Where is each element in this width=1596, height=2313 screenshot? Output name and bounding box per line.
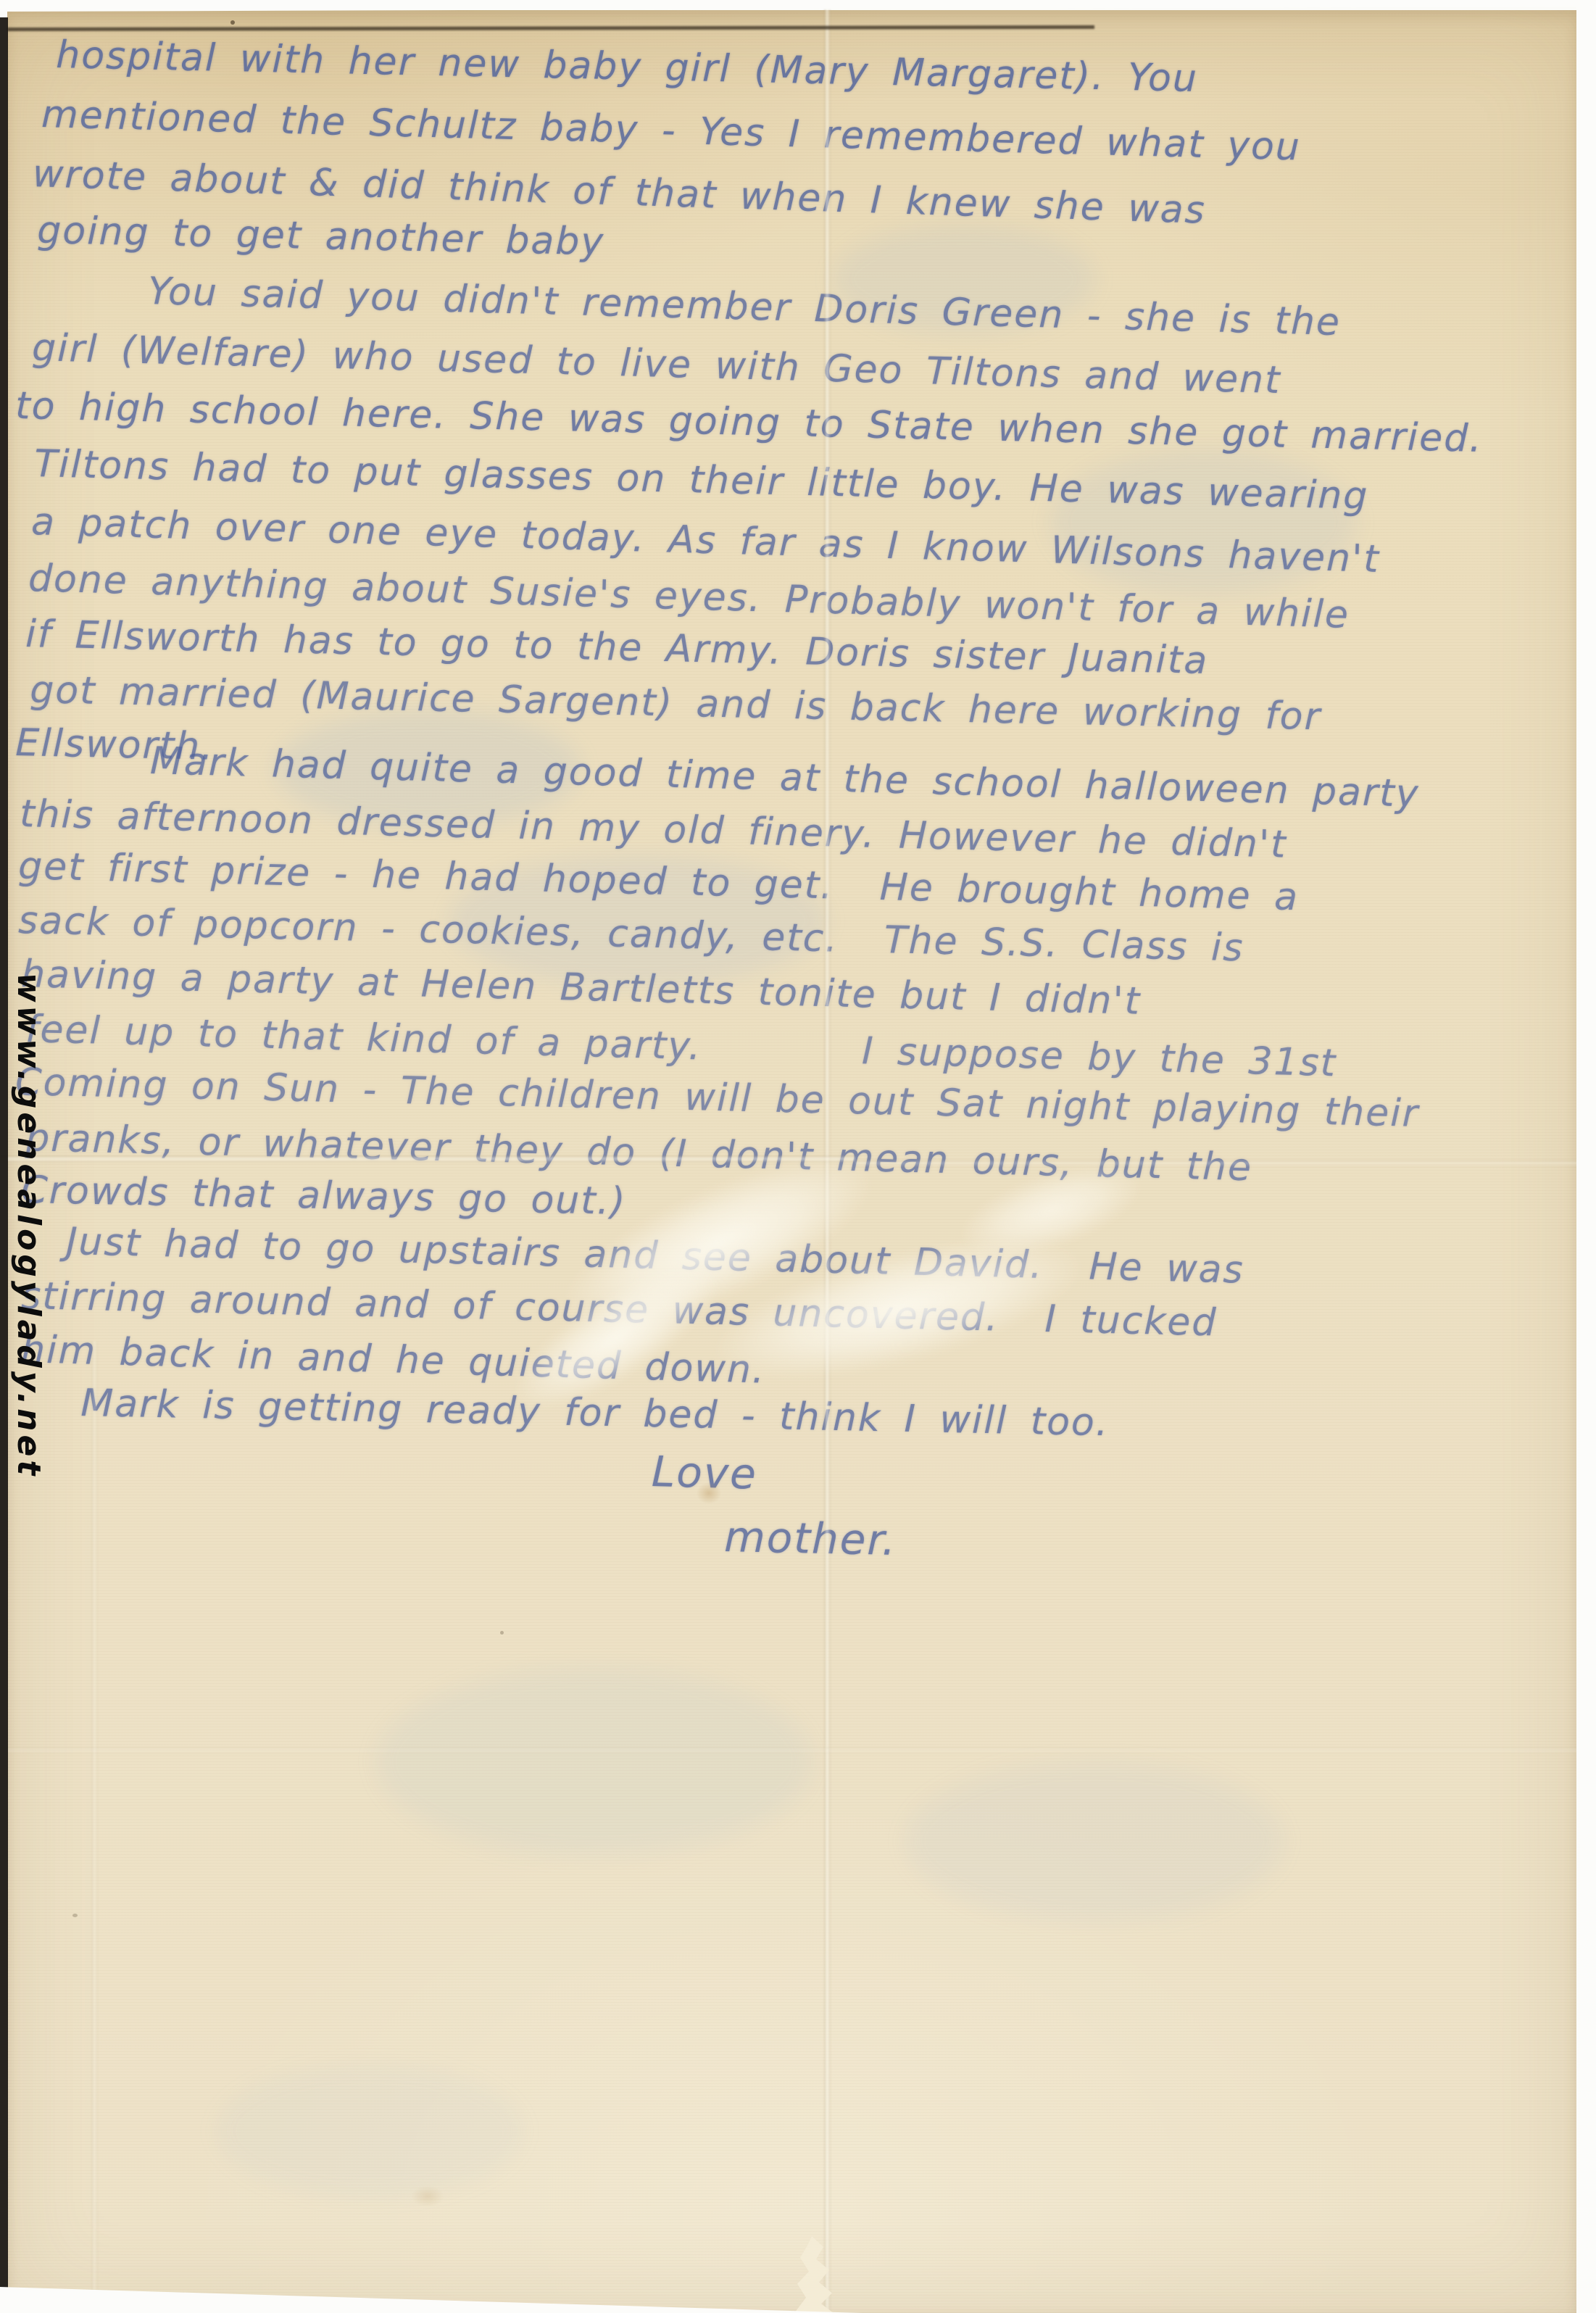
letter-body: hospital with her new baby girl (Mary Ma…	[0, 0, 1596, 2313]
scan-edge-left	[0, 17, 8, 2294]
watermark-text: www.genealogylady.net	[10, 973, 47, 1480]
scan-edge-right	[1576, 0, 1596, 2313]
letter-line: Mark is getting ready for bed - think I …	[80, 1382, 1110, 1445]
letter-line: going to get another baby	[37, 209, 605, 264]
letter-line: You said you didn't remember Doris Green…	[147, 270, 1341, 344]
scanned-letter-page: hospital with her new baby girl (Mary Ma…	[0, 0, 1596, 2313]
letter-line: mother.	[724, 1512, 898, 1565]
letter-line: Crowds that always go out.)	[21, 1168, 627, 1224]
letter-line: hospital with her new baby girl (Mary Ma…	[56, 33, 1199, 101]
letter-line: Love	[651, 1447, 758, 1499]
